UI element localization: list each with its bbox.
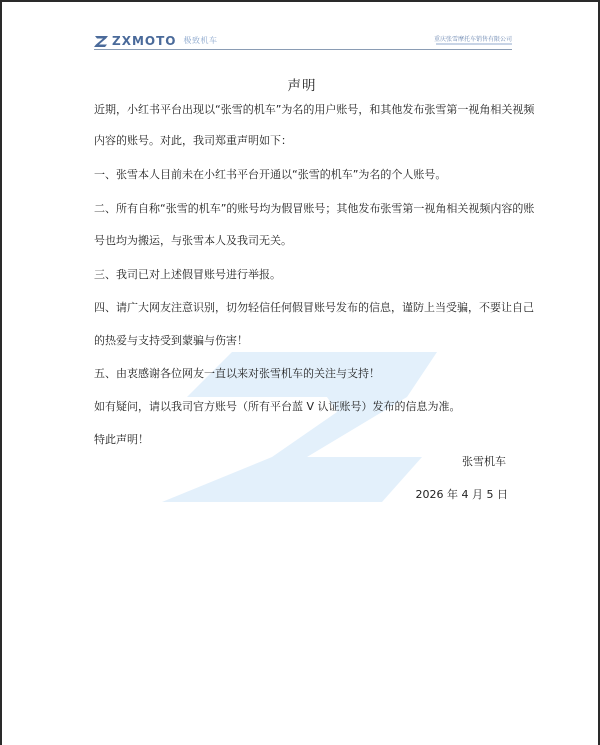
company-logo: ZXMOTO 极致机车: [94, 35, 217, 47]
letterhead-divider: [94, 49, 512, 50]
intro-line-2: 内容的账号。对此，我司郑重声明如下：: [94, 125, 524, 156]
logo-subtitle: 极致机车: [183, 36, 217, 46]
point-2-line-2: 号也均为搬运，与张雪本人及我司无关。: [94, 225, 524, 256]
point-2-line-1: 二、所有自称“张雪的机车”的账号均为假冒账号；其他发布张雪第一视角相关视频内容的…: [94, 193, 524, 224]
point-4-line-1: 四、请广大网友注意识别，切勿轻信任何假冒账号发布的信息，谨防上当受骗，不要让自己: [94, 292, 524, 323]
logo-text: ZXMOTO: [112, 35, 176, 47]
intro-line-1: 近期，小红书平台出现以“张雪的机车”为名的用户账号，和其他发布张雪第一视角相关视…: [94, 94, 524, 125]
point-5: 五、由衷感谢各位网友一直以来对张雪机车的关注与支持！: [94, 358, 524, 389]
inquiry-note: 如有疑问，请以我司官方账号（所有平台蓝 V 认证账号）发布的信息为准。: [94, 391, 524, 422]
point-4-line-2: 的热爱与支持受到蒙骗与伤害！: [94, 325, 524, 356]
company-name-english-line: [436, 43, 512, 45]
signature: 张雪机车: [462, 453, 506, 469]
zx-logo-mark-icon: [94, 36, 108, 47]
document-page: ZXMOTO 极致机车 重庆张雪摩托车销售有限公司 声明 近期，小红书平台出现以…: [0, 0, 600, 745]
closing-statement: 特此声明！: [94, 424, 524, 455]
document-title: 声明: [2, 74, 600, 94]
document-date: 2026 年 4 月 5 日: [416, 486, 508, 502]
point-3: 三、我司已对上述假冒账号进行举报。: [94, 259, 524, 290]
point-1: 一、张雪本人目前未在小红书平台开通以“张雪的机车”为名的个人账号。: [94, 159, 524, 190]
